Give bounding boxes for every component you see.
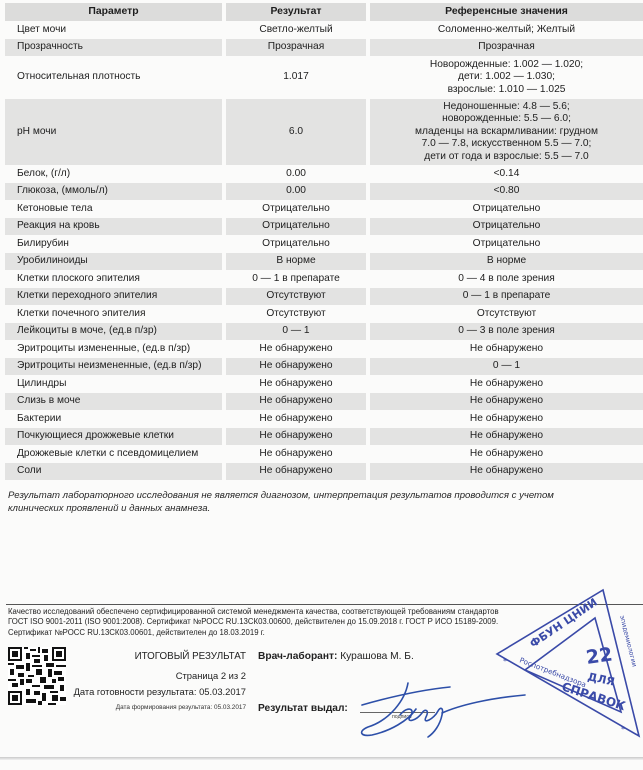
reference-cell: Недоношенные: 4.8 — 5.6;новорожденные: 5… [370, 99, 643, 165]
result-cell: 0 — 1 в препарате [226, 270, 366, 288]
table-header: Параметр Результат Референсные значения [5, 3, 643, 21]
table-row: Относительная плотность1.017Новорожденны… [5, 56, 643, 99]
parameter-cell: Эритроциты неизмененные, (ед.в п/зр) [5, 358, 222, 376]
table-row: Слизь в мочеНе обнаруженоНе обнаружено [5, 393, 643, 411]
reference-cell: Не обнаружено [370, 463, 643, 481]
table-row: Белок, (г/л)0.00<0.14 [5, 165, 643, 183]
table-row: Кетоновые телаОтрицательноОтрицательно [5, 200, 643, 218]
result-cell: Не обнаружено [226, 445, 366, 463]
quality-certification: Качество исследований обеспечено сертифи… [8, 607, 568, 638]
parameter-cell: Клетки плоского эпителия [5, 270, 222, 288]
result-cell: Не обнаружено [226, 375, 366, 393]
table-row: Цвет мочиСветло-желтыйСоломенно-желтый; … [5, 21, 643, 39]
result-cell: Не обнаружено [226, 463, 366, 481]
reference-line: <0.14 [494, 168, 520, 181]
quality-line: ГОСТ ISO 9001-2011 (ISO 9001:2008). Серт… [8, 617, 568, 627]
result-formed-date: Дата формирования результата: 05.03.2017 [116, 704, 246, 711]
official-stamp-icon: ФБУН ЦНИИ эпидемиологии Роспотребнадзора… [495, 588, 643, 738]
svg-text:*: * [503, 657, 507, 666]
reference-line: Не обнаружено [470, 395, 543, 408]
reference-line: 0 — 1 в препарате [463, 290, 551, 303]
result-cell: Светло-желтый [226, 21, 366, 39]
reference-line: Отрицательно [473, 238, 541, 251]
result-cell: Отрицательно [226, 200, 366, 218]
parameter-cell: Дрожжевые клетки с псевдомицелием [5, 445, 222, 463]
reference-line: 0 — 4 в поле зрения [458, 273, 555, 286]
parameter-cell: Кетоновые тела [5, 200, 222, 218]
lab-doctor-name: Курашова М. Б. [340, 651, 414, 662]
reference-line: взрослые: 1.010 — 1.025 [448, 84, 566, 97]
reference-cell: Не обнаружено [370, 445, 643, 463]
reference-line: Соломенно-желтый; Желтый [438, 24, 575, 37]
result-cell: 6.0 [226, 99, 366, 165]
reference-line: дети от года и взрослые: 5.5 — 7.0 [424, 151, 588, 164]
result-cell: Отсутствуют [226, 305, 366, 323]
lab-doctor: Врач-лаборант: Курашова М. Б. [258, 651, 414, 662]
result-cell: Отрицательно [226, 235, 366, 253]
result-cell: Не обнаружено [226, 393, 366, 411]
reference-cell: 0 — 1 [370, 358, 643, 376]
reference-line: Не обнаружено [470, 430, 543, 443]
reference-cell: <0.80 [370, 183, 643, 201]
svg-text:*: * [621, 725, 625, 734]
reference-cell: 0 — 1 в препарате [370, 288, 643, 306]
reference-line: 7.0 — 7.8, искусственном 5.5 — 7.0; [422, 138, 592, 151]
table-row: Клетки плоского эпителия0 — 1 в препарат… [5, 270, 643, 288]
quality-line: Сертификат №РОСС RU.13СК03.00601, действ… [8, 628, 568, 638]
table-row: Реакция на кровьОтрицательноОтрицательно [5, 218, 643, 236]
parameter-cell: Уробилиноиды [5, 253, 222, 271]
table-row: Клетки переходного эпителияОтсутствуют0 … [5, 288, 643, 306]
table-row: УробилиноидыВ нормеВ норме [5, 253, 643, 271]
lab-report-page: Параметр Результат Референсные значения … [0, 0, 643, 770]
reference-line: новорожденные: 5.5 — 6.0; [442, 113, 571, 126]
header-result: Результат [226, 3, 366, 21]
reference-cell: Отрицательно [370, 200, 643, 218]
result-cell: 0 — 1 [226, 323, 366, 341]
table-row: Лейкоциты в моче, (ед.в п/зр)0 — 10 — 3 … [5, 323, 643, 341]
reference-line: Отсутствуют [477, 308, 536, 321]
reference-line: младенцы на вскармливании: грудном [415, 126, 598, 139]
reference-cell: 0 — 3 в поле зрения [370, 323, 643, 341]
parameter-cell: Глюкоза, (ммоль/л) [5, 183, 222, 201]
parameter-cell: Клетки переходного эпителия [5, 288, 222, 306]
parameter-cell: Прозрачность [5, 39, 222, 57]
lab-doctor-label: Врач-лаборант: [258, 651, 337, 662]
table-row: Почкующиеся дрожжевые клеткиНе обнаружен… [5, 428, 643, 446]
result-cell: Отрицательно [226, 218, 366, 236]
reference-line: Отрицательно [473, 220, 541, 233]
reference-cell: Не обнаружено [370, 375, 643, 393]
reference-line: Прозрачная [478, 41, 534, 54]
reference-cell: В норме [370, 253, 643, 271]
reference-line: <0.80 [494, 185, 520, 198]
reference-cell: Отрицательно [370, 218, 643, 236]
result-issued-label: Результат выдал: [258, 703, 348, 714]
reference-line: Отрицательно [473, 203, 541, 216]
reference-line: дети: 1.002 — 1.030; [458, 71, 555, 84]
table-row: Эритроциты измененные, (ед.в п/зр)Не обн… [5, 340, 643, 358]
reference-cell: Соломенно-желтый; Желтый [370, 21, 643, 39]
parameter-cell: Слизь в моче [5, 393, 222, 411]
header-reference: Референсные значения [370, 3, 643, 21]
reference-cell: 0 — 4 в поле зрения [370, 270, 643, 288]
reference-cell: Не обнаружено [370, 340, 643, 358]
final-result-label: ИТОГОВЫЙ РЕЗУЛЬТАТ [135, 651, 246, 662]
reference-cell: Не обнаружено [370, 428, 643, 446]
parameter-cell: Билирубин [5, 235, 222, 253]
result-cell: В норме [226, 253, 366, 271]
parameter-cell: Лейкоциты в моче, (ед.в п/зр) [5, 323, 222, 341]
reference-line: 0 — 3 в поле зрения [458, 325, 555, 338]
table-row: ПрозрачностьПрозрачнаяПрозрачная [5, 39, 643, 57]
page-edge [0, 757, 643, 760]
result-cell: Не обнаружено [226, 358, 366, 376]
reference-cell: <0.14 [370, 165, 643, 183]
table-row: ЦилиндрыНе обнаруженоНе обнаружено [5, 375, 643, 393]
parameter-cell: pH мочи [5, 99, 222, 165]
parameter-cell: Цилиндры [5, 375, 222, 393]
reference-cell: Не обнаружено [370, 393, 643, 411]
qr-code-icon [8, 647, 66, 705]
reference-line: Не обнаружено [470, 448, 543, 461]
result-cell: Не обнаружено [226, 410, 366, 428]
table-row: БилирубинОтрицательноОтрицательно [5, 235, 643, 253]
table-row: БактерииНе обнаруженоНе обнаружено [5, 410, 643, 428]
page-number: Страница 2 из 2 [176, 670, 246, 681]
result-cell: 0.00 [226, 165, 366, 183]
quality-line: Качество исследований обеспечено сертифи… [8, 607, 568, 617]
result-cell: 1.017 [226, 56, 366, 99]
result-cell: 0.00 [226, 183, 366, 201]
parameter-cell: Эритроциты измененные, (ед.в п/зр) [5, 340, 222, 358]
reference-cell: Отрицательно [370, 235, 643, 253]
reference-line: В норме [487, 255, 526, 268]
result-cell: Не обнаружено [226, 428, 366, 446]
reference-cell: Не обнаружено [370, 410, 643, 428]
reference-line: Новорожденные: 1.002 — 1.020; [430, 59, 583, 72]
parameter-cell: Относительная плотность [5, 56, 222, 99]
reference-line: Не обнаружено [470, 343, 543, 356]
svg-text:эпидемиологии: эпидемиологии [618, 615, 639, 668]
table-row: Глюкоза, (ммоль/л)0.00<0.80 [5, 183, 643, 201]
reference-cell: Новорожденные: 1.002 — 1.020;дети: 1.002… [370, 56, 643, 99]
reference-line: Не обнаружено [470, 378, 543, 391]
result-cell: Отсутствуют [226, 288, 366, 306]
reference-line: Недоношенные: 4.8 — 5.6; [443, 101, 569, 114]
svg-text:22: 22 [585, 643, 614, 668]
result-cell: Прозрачная [226, 39, 366, 57]
table-row: Дрожжевые клетки с псевдомицелиемНе обна… [5, 445, 643, 463]
parameter-cell: Реакция на кровь [5, 218, 222, 236]
parameter-cell: Белок, (г/л) [5, 165, 222, 183]
reference-line: Не обнаружено [470, 465, 543, 478]
result-ready-date: Дата готовности результата: 05.03.2017 [74, 686, 246, 697]
result-cell: Не обнаружено [226, 340, 366, 358]
table-row: pH мочи6.0Недоношенные: 4.8 — 5.6;новоро… [5, 99, 643, 165]
reference-cell: Прозрачная [370, 39, 643, 57]
table-row: СолиНе обнаруженоНе обнаружено [5, 463, 643, 481]
parameter-cell: Цвет мочи [5, 21, 222, 39]
reference-line: 0 — 1 [493, 360, 520, 373]
header-parameter: Параметр [5, 3, 222, 21]
disclaimer-text: Результат лабораторного исследования не … [8, 489, 608, 515]
svg-text:ДЛЯ: ДЛЯ [586, 670, 616, 688]
parameter-cell: Клетки почечного эпителия [5, 305, 222, 323]
reference-cell: Отсутствуют [370, 305, 643, 323]
table-row: Клетки почечного эпителияОтсутствуютОтсу… [5, 305, 643, 323]
table-row: Эритроциты неизмененные, (ед.в п/зр)Не о… [5, 358, 643, 376]
parameter-cell: Бактерии [5, 410, 222, 428]
parameter-cell: Соли [5, 463, 222, 481]
parameter-cell: Почкующиеся дрожжевые клетки [5, 428, 222, 446]
reference-line: Не обнаружено [470, 413, 543, 426]
results-table: Параметр Результат Референсные значения … [5, 3, 643, 480]
